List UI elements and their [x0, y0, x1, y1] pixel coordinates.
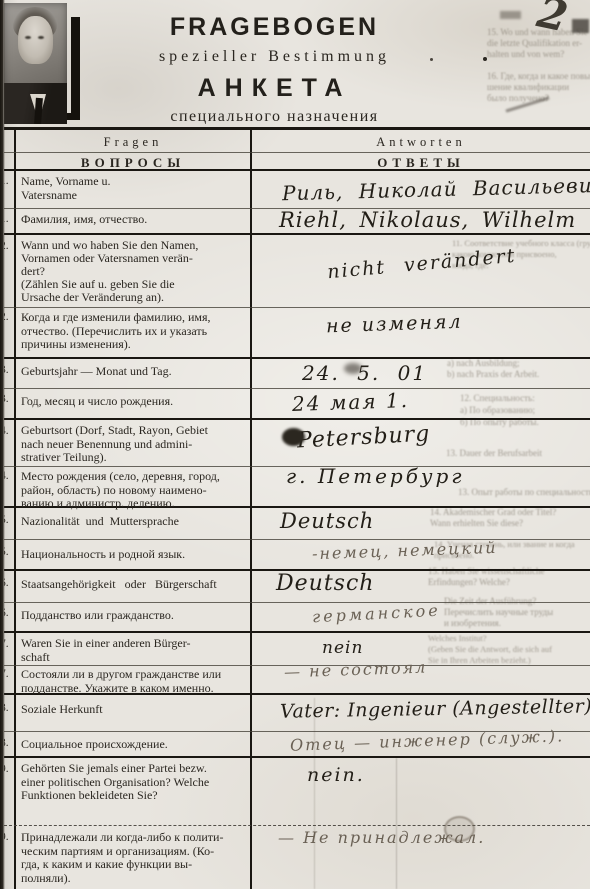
subtitle-german: spezieller Bestimmung — [82, 48, 467, 66]
question-german: Nazionalität und Muttersprache — [21, 515, 247, 529]
photo-eye — [25, 36, 31, 39]
answer-cell: Риль, Николай Васильевич Riehl, Nikolaus… — [252, 171, 590, 233]
answer-cell: Vater: Ingenieur (Angestellter) Отец — и… — [252, 695, 590, 756]
ink-blot — [344, 363, 362, 374]
rule-line — [4, 825, 590, 827]
handwritten-answer: nicht verändert — [326, 245, 517, 283]
subtitle-russian: специального назначения — [82, 108, 467, 126]
question-german: Geburtsort (Dorf, Stadt, Rayon, Gebiet n… — [21, 424, 247, 465]
handwritten-answer: -немец, немецкий — [312, 538, 498, 563]
answer-cell: nein — не состоял — [252, 633, 590, 693]
scan-edge — [0, 0, 5, 889]
handwritten-answer: Vater: Ingenieur (Angestellter) — [280, 695, 590, 722]
answer-cell: Petersburg г. Петербург — [252, 420, 590, 506]
question-russian: Принадлежали ли когда-либо к полити- чес… — [21, 831, 247, 885]
handwritten-answer: nein — [322, 638, 363, 658]
question-russian: Год, месяц и число рождения. — [21, 395, 247, 409]
handwritten-answer: не изменял — [326, 311, 463, 338]
question-german: Geburtsjahr — Monat und Tag. — [21, 365, 247, 379]
table-row: 3. 3. Geburtsjahr — Monat und Tag. Год, … — [4, 359, 590, 420]
question-russian: Социальное происхождение. — [21, 738, 247, 752]
table-row: 8. 8. Soziale Herkunft Социальное происх… — [4, 695, 590, 758]
handwritten-answer: nein. — [307, 764, 365, 786]
table-header-row: Fragen ВОПРОСЫ Antworten ОТВЕТЫ — [4, 130, 590, 171]
question-german: Staatsangehörigkeit oder Bürgerschaft — [21, 578, 247, 592]
number-column — [4, 130, 16, 169]
table-row: 5. 5. Nazionalität und Muttersprache Нац… — [4, 508, 590, 571]
table-row: 9. 9. Gehörten Sie jemals einer Partei b… — [4, 758, 590, 889]
column-header-otvety: ОТВЕТЫ — [252, 155, 590, 171]
handwritten-answer: 24 мая 1. — [292, 388, 410, 416]
title-russian: АНКЕТА — [82, 74, 467, 103]
document-header: FRAGEBOGEN spezieller Bestimmung АНКЕТА … — [82, 13, 467, 126]
rule-line — [4, 307, 590, 308]
scanned-questionnaire-page: 15. Wo und wann haben Sie die letzte Qua… — [0, 0, 590, 889]
ink-smudge — [500, 11, 521, 19]
question-russian: Фамилия, имя, отчество. — [21, 213, 247, 227]
answer-cell: nein. — Не принадлежал. — [252, 758, 590, 889]
rule-line — [4, 539, 590, 540]
rule-line — [4, 152, 590, 153]
handwritten-answer: Deutsch — [280, 509, 374, 533]
handwritten-answer: 24. 5. 01 — [302, 361, 427, 385]
photo-frame — [71, 17, 80, 114]
photo-face — [18, 16, 53, 64]
ink-blot — [282, 428, 305, 446]
column-header-fragen: Fragen — [16, 135, 250, 150]
table-row: 7. 7. Waren Sie in einer anderen Bürger-… — [4, 633, 590, 695]
handwritten-answer: г. Петербург — [286, 464, 464, 488]
column-header-voprosy: ВОПРОСЫ — [16, 155, 250, 171]
rule-line — [4, 602, 590, 603]
question-german: Soziale Herkunft — [21, 703, 247, 717]
question-russian: Место рождения (село, деревня, город, ра… — [21, 470, 247, 511]
handwritten-answer: Риль, Николай Васильевич — [282, 173, 590, 205]
question-russian: Когда и где изменили фамилию, имя, отчес… — [21, 311, 247, 352]
title-german: FRAGEBOGEN — [82, 13, 467, 42]
questionnaire-table: Fragen ВОПРОСЫ Antworten ОТВЕТЫ 1. 1. Na… — [4, 127, 590, 889]
handwritten-answer: Petersburg — [296, 422, 430, 454]
ink-smudge — [572, 19, 589, 33]
question-russian: Состояли ли в другом гражданстве или под… — [21, 668, 247, 695]
question-german: Gehörten Sie jemals einer Partei bezw. e… — [21, 762, 247, 803]
portrait-photo — [4, 3, 67, 124]
question-german: Wann und wo haben Sie den Namen, Vorname… — [21, 239, 247, 304]
table-row: 4. 4. Geburtsort (Dorf, Stadt, Rayon, Ge… — [4, 420, 590, 508]
table-row: 2. 2. Wann und wo haben Sie den Namen, V… — [4, 235, 590, 359]
answer-cell: Deutsch германское — [252, 571, 590, 631]
handwritten-answer: Riehl, Nikolaus, Wilhelm — [279, 208, 576, 232]
column-header-antworten: Antworten — [252, 135, 590, 150]
handwritten-answer: германское — [312, 601, 442, 627]
handwritten-answer: Deutsch — [276, 571, 374, 596]
answer-cell: nicht verändert не изменял — [252, 235, 590, 357]
question-russian: Национальность и родной язык. — [21, 548, 247, 562]
ink-dot — [483, 57, 487, 61]
table-row: 1. 1. Name, Vorname u. Vatersname Фамили… — [4, 171, 590, 235]
question-german: Name, Vorname u. Vatersname — [21, 175, 247, 202]
photo-eye — [38, 36, 44, 39]
ink-ring-smudge — [444, 816, 475, 842]
table-row: 6. 6. Staatsangehörigkeit oder Bürgersch… — [4, 571, 590, 633]
question-german: Waren Sie in einer anderen Bürger- schaf… — [21, 637, 247, 664]
rule-line — [4, 388, 590, 389]
handwritten-answer: — не состоял — [284, 658, 428, 682]
question-russian: Подданство или гражданство. — [21, 609, 247, 623]
